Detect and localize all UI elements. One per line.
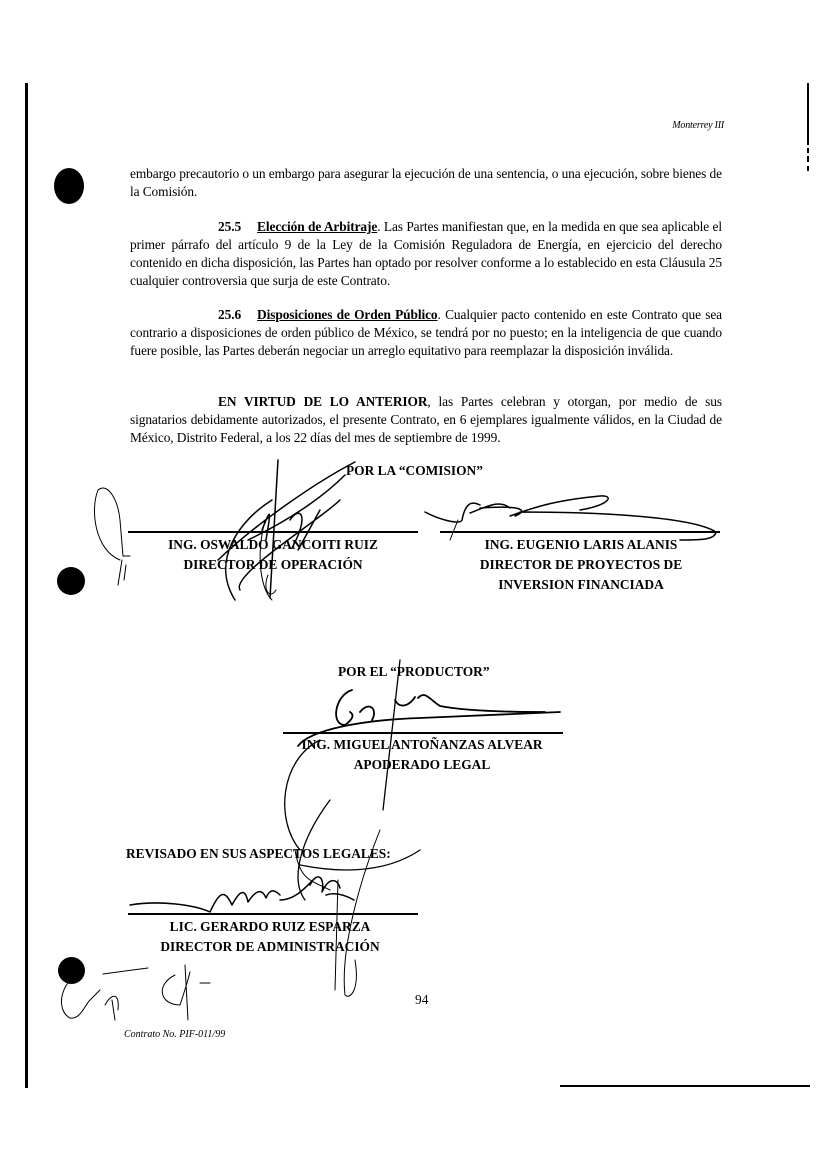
productor-heading: POR EL “PRODUCTOR” xyxy=(338,664,490,680)
signer-block-productor: ING. MIGUEL ANTOÑANZAS ALVEAR APODERADO … xyxy=(272,735,572,775)
punch-hole xyxy=(58,957,85,984)
signer-title: DIRECTOR DE PROYECTOS DE xyxy=(436,555,726,575)
signature-line xyxy=(440,531,720,533)
legal-review-heading: REVISADO EN SUS ASPECTOS LEGALES: xyxy=(126,846,391,862)
scan-border-right-dash xyxy=(807,166,809,171)
closing-paragraph: EN VIRTUD DE LO ANTERIOR, las Partes cel… xyxy=(130,393,722,447)
signer-block-proyectos: ING. EUGENIO LARIS ALANIS DIRECTOR DE PR… xyxy=(436,535,726,595)
signer-name: ING. OSWALDO GANCOITI RUIZ xyxy=(128,535,418,555)
paragraph-continuation: embargo precautorio o un embargo para as… xyxy=(130,165,722,201)
page-number: 94 xyxy=(415,992,428,1008)
signer-title: DIRECTOR DE ADMINISTRACIÓN xyxy=(130,937,410,957)
signer-name: ING. MIGUEL ANTOÑANZAS ALVEAR xyxy=(272,735,572,755)
signature-line xyxy=(128,913,418,915)
signature-line xyxy=(128,531,418,533)
header-project-name: Monterrey III xyxy=(672,120,724,131)
section-number: 25.6 xyxy=(218,307,241,322)
document-page: Monterrey III embargo precautorio o un e… xyxy=(0,0,828,1169)
punch-hole xyxy=(54,168,84,204)
scan-border-right-dash xyxy=(807,156,809,162)
section-25-5: 25.5Elección de Arbitraje. Las Partes ma… xyxy=(130,218,722,290)
signer-block-operacion: ING. OSWALDO GANCOITI RUIZ DIRECTOR DE O… xyxy=(128,535,418,575)
signer-name: LIC. GERARDO RUIZ ESPARZA xyxy=(130,917,410,937)
signature-eugenio-icon xyxy=(425,496,716,540)
punch-hole xyxy=(57,567,85,595)
signature-gerardo-icon xyxy=(130,877,354,912)
scan-border-right xyxy=(807,83,809,145)
contract-number: Contrato No. PIF-011/99 xyxy=(124,1029,225,1040)
section-title: Disposiciones de Orden Público xyxy=(257,307,438,322)
signer-title-2: INVERSION FINANCIADA xyxy=(436,575,726,595)
scan-border-right-dash xyxy=(807,148,809,153)
signer-name: ING. EUGENIO LARIS ALANIS xyxy=(436,535,726,555)
comision-heading: POR LA “COMISION” xyxy=(346,463,483,479)
scan-border-left xyxy=(25,83,28,1088)
scan-border-bottom xyxy=(560,1085,810,1087)
signer-title: APODERADO LEGAL xyxy=(272,755,572,775)
signer-title: DIRECTOR DE OPERACIÓN xyxy=(128,555,418,575)
signature-line xyxy=(283,732,563,734)
signature-oswaldo-icon xyxy=(218,460,355,600)
section-title: Elección de Arbitraje xyxy=(257,219,377,234)
signer-block-legal: LIC. GERARDO RUIZ ESPARZA DIRECTOR DE AD… xyxy=(130,917,410,957)
section-number: 25.5 xyxy=(218,219,241,234)
section-25-6: 25.6Disposiciones de Orden Público. Cual… xyxy=(130,306,722,360)
closing-lead: EN VIRTUD DE LO ANTERIOR xyxy=(218,394,427,409)
